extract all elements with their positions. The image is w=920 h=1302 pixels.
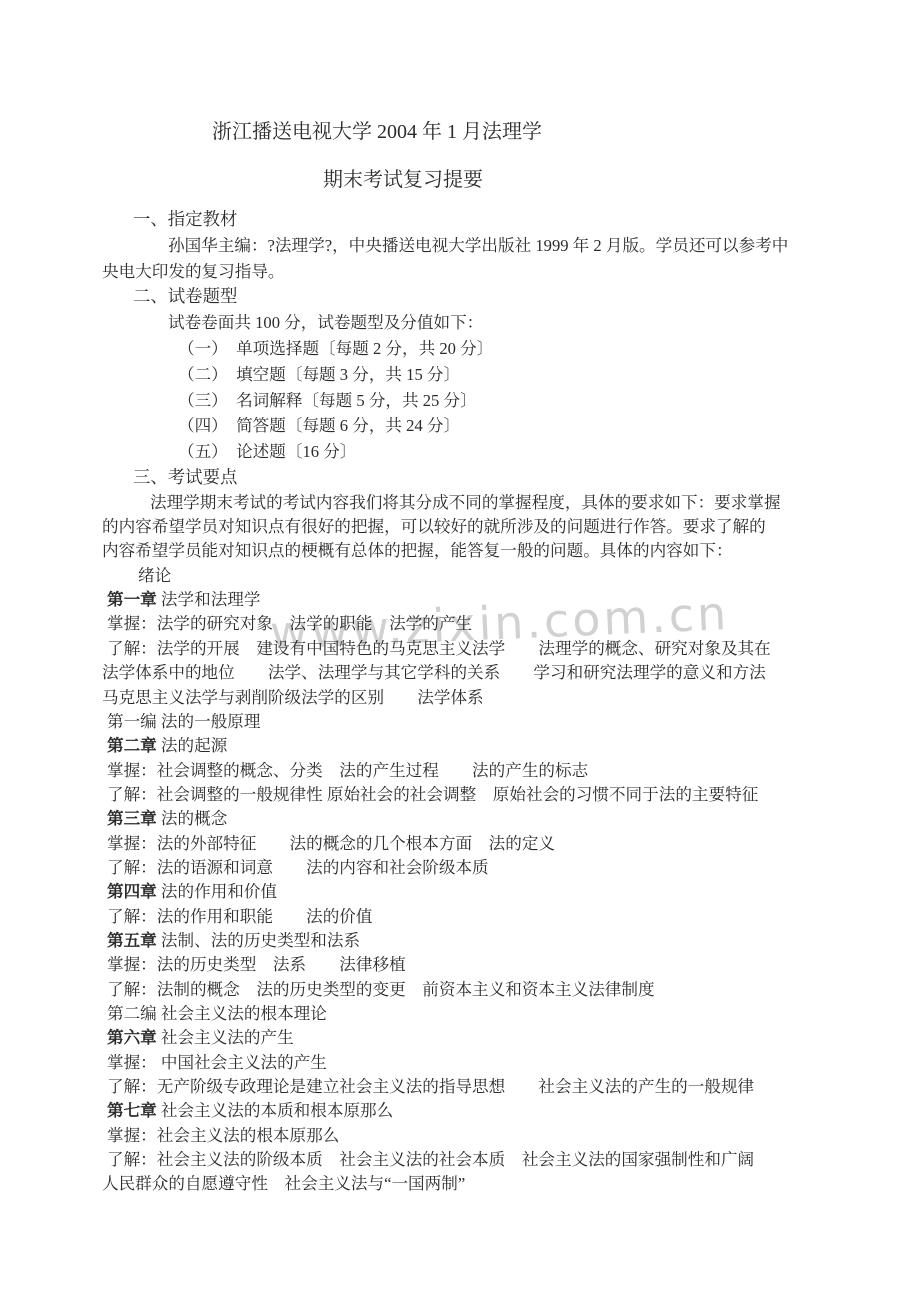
understanding-line: 了解：社会调整的一般规律性 原始社会的社会调整 原始社会的习惯不同于法的主要特征: [107, 783, 842, 807]
chapter-number: 第一章: [107, 590, 157, 609]
doc-title: 浙江播送电视大学 2004 年 1 月法理学: [212, 118, 842, 146]
exam-total-score-line: 试卷卷面共 100 分，试卷题型及分值如下：: [168, 310, 842, 336]
intro-label: 绪论: [138, 564, 842, 588]
mastery-line: 掌握：社会调整的概念、分类 法的产生过程 法的产生的标志: [107, 759, 842, 783]
understanding-line: 了解：社会主义法的阶级本质 社会主义法的社会本质 社会主义法的国家强制性和广阔: [107, 1148, 842, 1172]
section-heading-textbook: 一、指定教材: [133, 207, 842, 233]
chapter-heading-7: 第七章 社会主义法的本质和根本原那么: [107, 1099, 842, 1123]
understanding-line: 了解：法学的开展 建设有中国特色的马克思主义法学 法理学的概念、研究对象及其在: [107, 637, 842, 661]
chapter-heading-2: 第二章 法的起源: [107, 734, 842, 758]
chapter-heading-5: 第五章 法制、法的历史类型和法系: [107, 929, 842, 953]
chapter-title: 法的概念: [157, 809, 228, 828]
chapter-heading-6: 第六章 社会主义法的产生: [107, 1026, 842, 1050]
document-page: www.zixin.com.cn 浙江播送电视大学 2004 年 1 月法理学 …: [0, 0, 920, 1302]
section-heading-exam-format: 二、试卷题型: [133, 284, 842, 310]
chapter-title: 社会主义法的本质和根本原那么: [157, 1101, 393, 1120]
textbook-paragraph-line: 孙国华主编：?法理学?，中央播送电视大学出版社 1999 年 2 月版。学员还可…: [168, 233, 842, 259]
chapter-title: 法的起源: [157, 736, 228, 755]
document-content: 浙江播送电视大学 2004 年 1 月法理学 期末考试复习提要 一、指定教材 孙…: [102, 0, 842, 1197]
chapter-title: 社会主义法的产生: [157, 1028, 294, 1047]
part-heading-2: 第二编 社会主义法的根本理论: [107, 1002, 842, 1026]
exam-item-short-answer: （四） 简答题〔每题 6 分，共 24 分〕: [178, 413, 842, 439]
key-points-paragraph-line: 内容希望学员能对知识点的梗概有总体的把握，能答复一般的问题。具体的内容如下：: [102, 539, 842, 563]
key-points-paragraph-line: 法理学期末考试的考试内容我们将其分成不同的掌握程度，具体的要求如下：要求掌握: [150, 491, 842, 515]
understanding-line: 了解：无产阶级专政理论是建立社会主义法的指导思想 社会主义法的产生的一般规律: [107, 1075, 842, 1099]
chapter-number: 第三章: [107, 809, 157, 828]
mastery-line: 掌握：法学的研究对象 法学的职能 法学的产生: [107, 612, 842, 636]
chapter-number: 第七章: [107, 1101, 157, 1120]
understanding-line: 了解：法的语源和词意 法的内容和社会阶级本质: [107, 856, 842, 880]
understanding-line-cont: 马克思主义法学与剥削阶级法学的区别 法学体系: [102, 686, 842, 710]
chapter-heading-3: 第三章 法的概念: [107, 807, 842, 831]
mastery-line: 掌握：法的外部特征 法的概念的几个根本方面 法的定义: [107, 832, 842, 856]
chapter-number: 第六章: [107, 1028, 157, 1047]
exam-item-fill-blank: （二） 填空题〔每题 3 分，共 15 分〕: [178, 362, 842, 388]
understanding-line-cont: 法学体系中的地位 法学、法理学与其它学科的关系 学习和研究法理学的意义和方法: [102, 661, 842, 685]
chapter-title: 法学和法理学: [157, 590, 261, 609]
key-points-block: 法理学期末考试的考试内容我们将其分成不同的掌握程度，具体的要求如下：要求掌握 的…: [102, 491, 842, 1197]
chapter-title: 法的作用和价值: [157, 882, 277, 901]
mastery-line: 掌握： 中国社会主义法的产生: [107, 1051, 842, 1075]
mastery-line: 掌握：社会主义法的根本原那么: [107, 1124, 842, 1148]
chapter-heading-4: 第四章 法的作用和价值: [107, 880, 842, 904]
doc-subtitle: 期末考试复习提要: [323, 166, 842, 194]
exam-item-single-choice: （一） 单项选择题〔每题 2 分，共 20 分〕: [178, 336, 842, 362]
exam-item-terms: （三） 名词解释〔每题 5 分，共 25 分〕: [178, 388, 842, 414]
part-heading-1: 第一编 法的一般原理: [107, 710, 842, 734]
key-points-paragraph-line: 的内容希望学员对知识点有很好的把握，可以较好的就所涉及的问题进行作答。要求了解的: [102, 515, 842, 539]
intro-and-exam-format-block: 一、指定教材 孙国华主编：?法理学?，中央播送电视大学出版社 1999 年 2 …: [102, 207, 842, 491]
understanding-line-cont: 人民群众的自愿遵守性 社会主义法与“一国两制”: [102, 1172, 842, 1196]
section-heading-key-points: 三、考试要点: [133, 465, 842, 491]
exam-item-essay: （五） 论述题〔16 分〕: [178, 439, 842, 465]
chapter-heading-1: 第一章 法学和法理学: [107, 588, 842, 612]
chapter-number: 第二章: [107, 736, 157, 755]
chapter-number: 第四章: [107, 882, 157, 901]
understanding-line: 了解：法制的概念 法的历史类型的变更 前资本主义和资本主义法律制度: [107, 978, 842, 1002]
understanding-line: 了解：法的作用和职能 法的价值: [107, 905, 842, 929]
textbook-paragraph-line: 央电大印发的复习指导。: [102, 259, 842, 285]
chapter-number: 第五章: [107, 931, 157, 950]
mastery-line: 掌握：法的历史类型 法系 法律移植: [107, 953, 842, 977]
chapter-title: 法制、法的历史类型和法系: [157, 931, 360, 950]
